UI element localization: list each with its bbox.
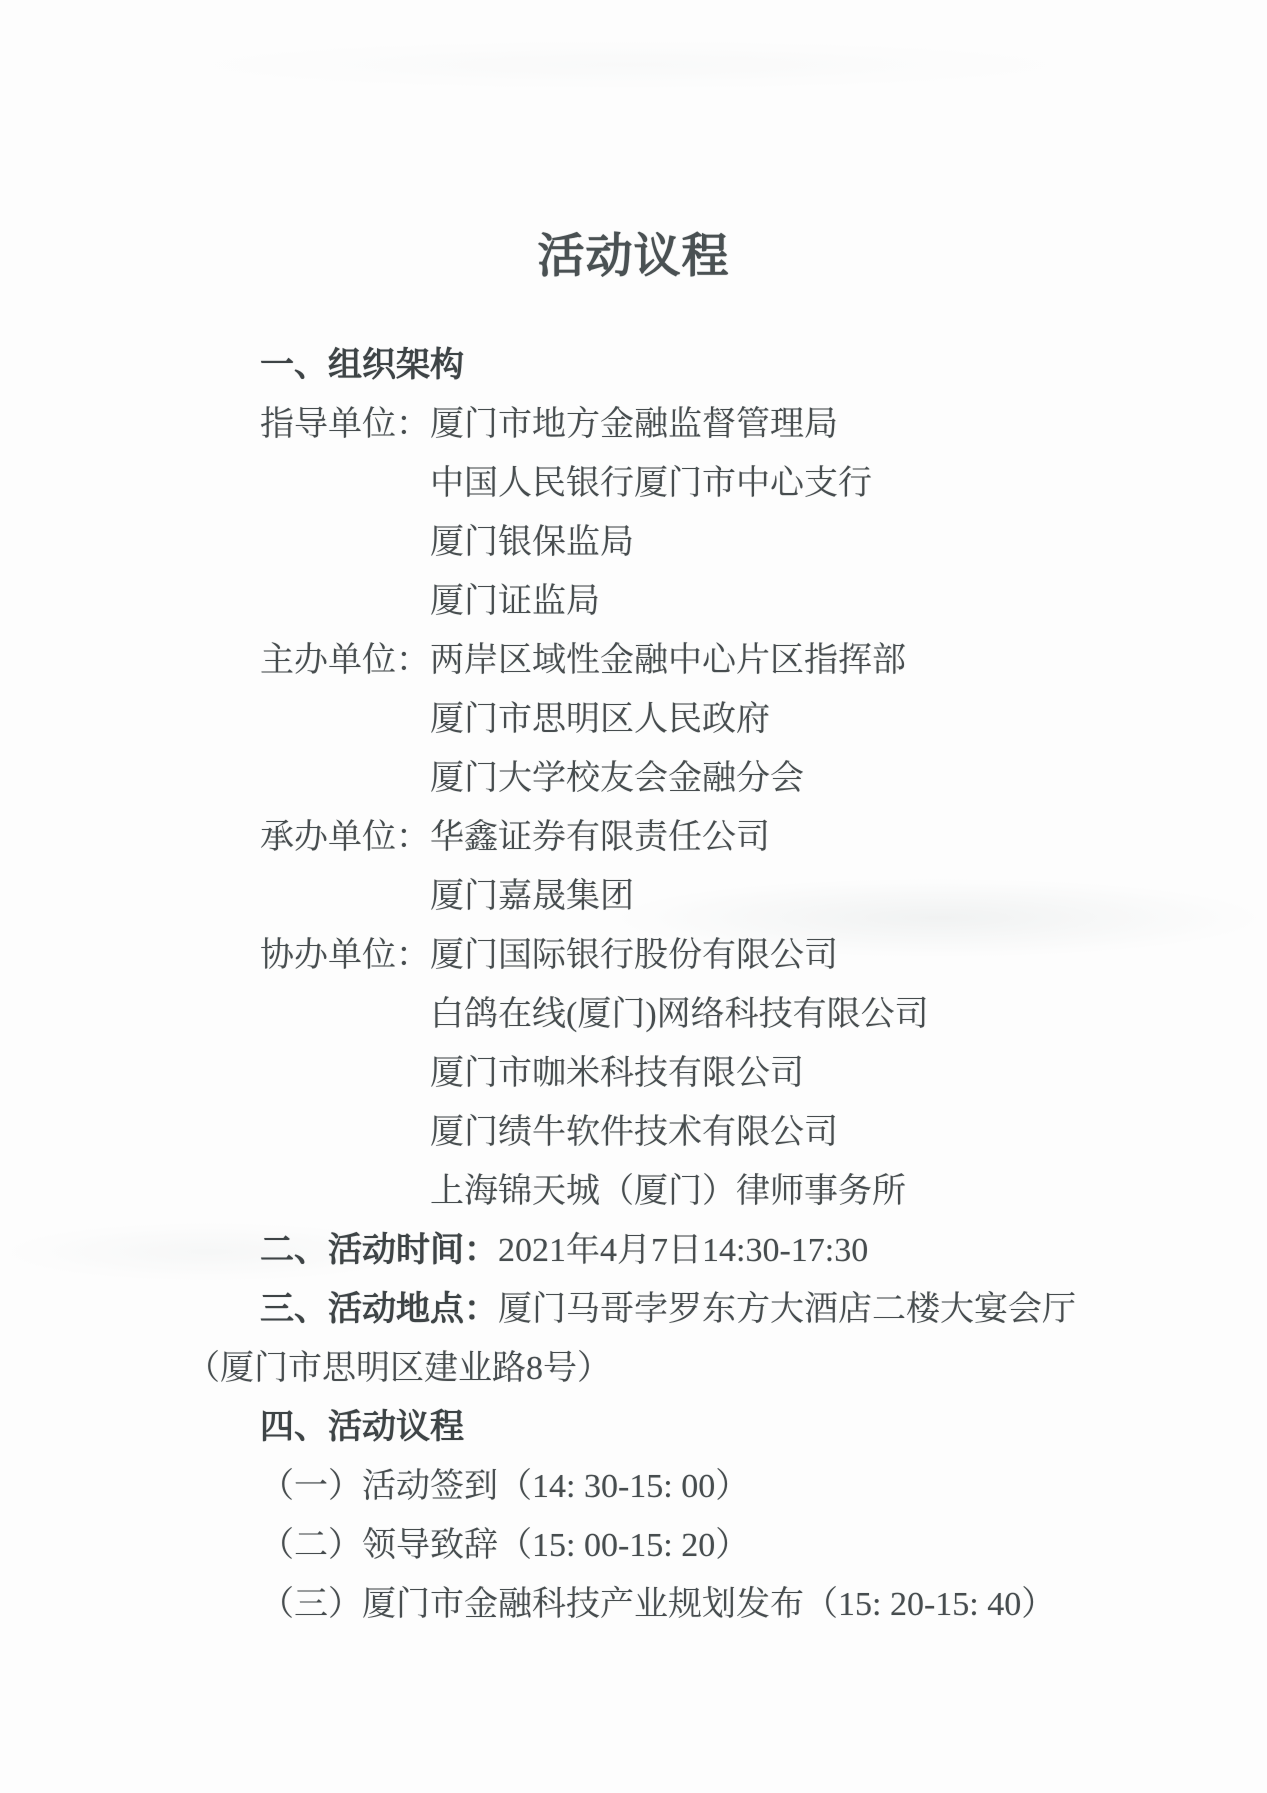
org-label-host: 主办单位： xyxy=(260,631,430,690)
event-time-value: 2021年4月7日14:30-17:30 xyxy=(498,1232,868,1269)
org-unit: 厦门市思明区人民政府 xyxy=(430,701,770,738)
org-label-organizer: 承办单位： xyxy=(260,808,430,867)
org-line-guidance: 指导单位：厦门市地方金融监督管理局 xyxy=(260,395,1076,454)
org-line: 厦门嘉晟集团 xyxy=(260,867,1076,926)
org-line-organizer: 承办单位：华鑫证券有限责任公司 xyxy=(260,808,1076,867)
event-venue-address-line: （厦门市思明区建业路8号） xyxy=(186,1339,1076,1398)
event-venue-line: 三、活动地点：厦门马哥孛罗东方大酒店二楼大宴会厅 xyxy=(260,1280,1076,1339)
page-title: 活动议程 xyxy=(0,219,1267,286)
org-unit: 中国人民银行厦门市中心支行 xyxy=(430,465,872,502)
agenda-item-line: （二）领导致辞（15: 00-15: 20） xyxy=(260,1516,1076,1575)
org-line: 厦门大学校友会金融分会 xyxy=(260,749,1076,808)
org-line: 厦门绩牛软件技术有限公司 xyxy=(260,1103,1076,1162)
org-line: 厦门市思明区人民政府 xyxy=(260,690,1076,749)
org-unit: 厦门市咖米科技有限公司 xyxy=(430,1055,804,1092)
org-line-coorganizer: 协办单位：厦门国际银行股份有限公司 xyxy=(260,926,1076,985)
event-venue-label: 三、活动地点： xyxy=(260,1290,498,1328)
org-unit: 厦门市地方金融监督管理局 xyxy=(430,406,838,443)
org-unit: 白鸽在线(厦门)网络科技有限公司 xyxy=(430,996,929,1033)
agenda-item-line: （三）厦门市金融科技产业规划发布（15: 20-15: 40） xyxy=(260,1575,1076,1634)
org-label-coorganizer: 协办单位： xyxy=(260,926,430,985)
org-unit: 两岸区域性金融中心片区指挥部 xyxy=(430,642,906,679)
event-time-label: 二、活动时间： xyxy=(260,1231,498,1269)
event-venue-value: 厦门马哥孛罗东方大酒店二楼大宴会厅 xyxy=(498,1291,1076,1328)
section-heading-organization: 一、组织架构 xyxy=(260,336,1076,395)
org-line: 中国人民银行厦门市中心支行 xyxy=(260,454,1076,513)
event-venue-address: （厦门市思明区建业路8号） xyxy=(186,1350,611,1387)
org-unit: 厦门大学校友会金融分会 xyxy=(430,760,804,797)
org-line: 厦门证监局 xyxy=(260,572,1076,631)
org-unit: 厦门绩牛软件技术有限公司 xyxy=(430,1114,838,1151)
agenda-item: （二）领导致辞（15: 00-15: 20） xyxy=(260,1527,749,1564)
agenda-item: （一）活动签到（14: 30-15: 00） xyxy=(260,1468,749,1505)
document-body: 一、组织架构 指导单位：厦门市地方金融监督管理局 中国人民银行厦门市中心支行 厦… xyxy=(260,336,1076,1634)
org-unit: 厦门嘉晟集团 xyxy=(430,878,634,915)
org-line: 白鸽在线(厦门)网络科技有限公司 xyxy=(260,985,1076,1044)
org-line: 厦门银保监局 xyxy=(260,513,1076,572)
scan-artifact xyxy=(180,40,1080,90)
org-unit: 华鑫证券有限责任公司 xyxy=(430,819,770,856)
org-line: 上海锦天城（厦门）律师事务所 xyxy=(260,1162,1076,1221)
org-label-guidance: 指导单位： xyxy=(260,395,430,454)
scanned-document-page: 活动议程 一、组织架构 指导单位：厦门市地方金融监督管理局 中国人民银行厦门市中… xyxy=(0,0,1267,1793)
org-unit: 上海锦天城（厦门）律师事务所 xyxy=(430,1173,906,1210)
org-unit: 厦门证监局 xyxy=(430,583,600,620)
org-line: 厦门市咖米科技有限公司 xyxy=(260,1044,1076,1103)
org-line-host: 主办单位：两岸区域性金融中心片区指挥部 xyxy=(260,631,1076,690)
org-unit: 厦门银保监局 xyxy=(430,524,634,561)
event-time-line: 二、活动时间：2021年4月7日14:30-17:30 xyxy=(260,1221,1076,1280)
section-heading-agenda: 四、活动议程 xyxy=(260,1398,1076,1457)
agenda-item: （三）厦门市金融科技产业规划发布（15: 20-15: 40） xyxy=(260,1586,1055,1623)
agenda-item-line: （一）活动签到（14: 30-15: 00） xyxy=(260,1457,1076,1516)
org-unit: 厦门国际银行股份有限公司 xyxy=(430,937,838,974)
